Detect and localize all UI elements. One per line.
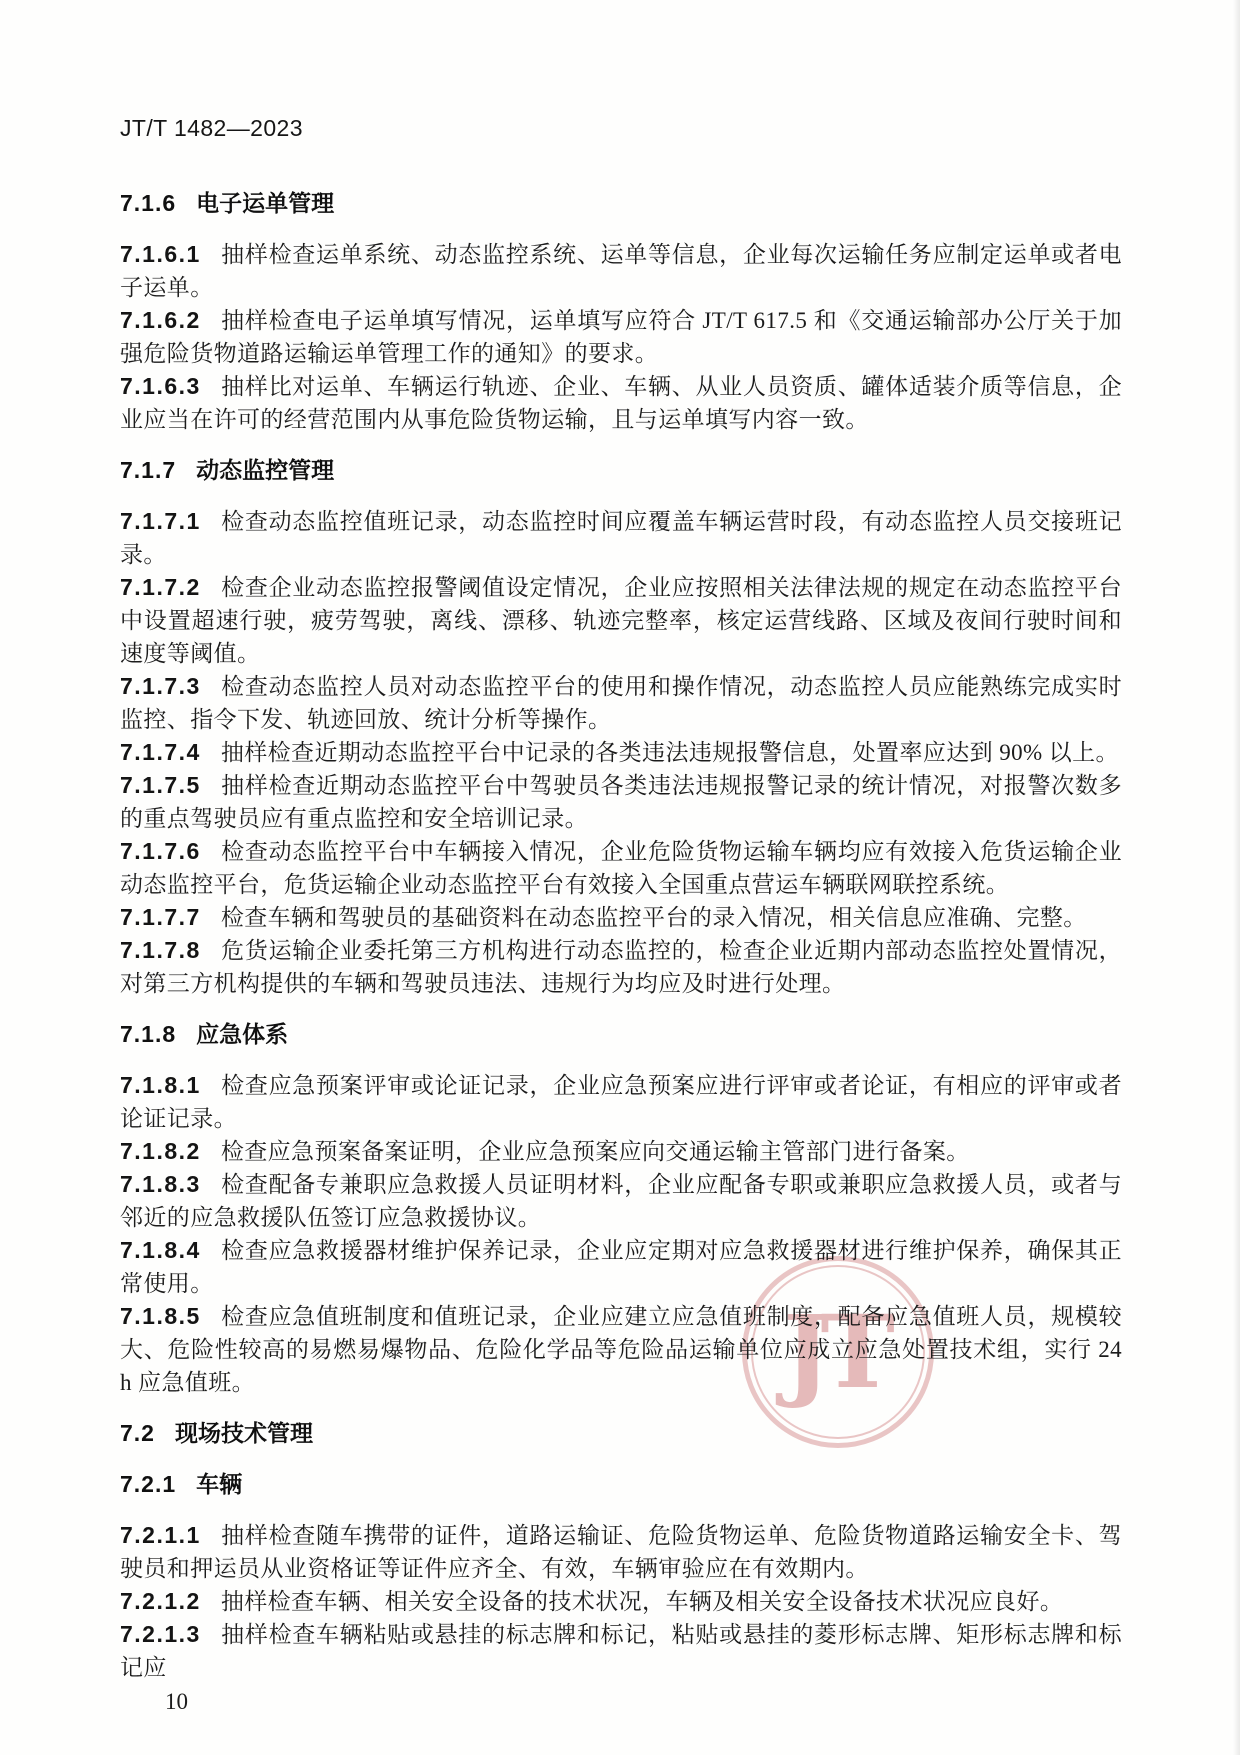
clause-number: 7.2.1.3 — [120, 1621, 201, 1647]
clause-number: 7.1.8.4 — [120, 1237, 201, 1263]
clause-7.1.8.1: 7.1.8.1检查应急预案评审或论证记录，企业应急预案应进行评审或者论证，有相应… — [120, 1069, 1122, 1135]
clause-number: 7.2.1.1 — [120, 1522, 201, 1548]
clause-text: 检查动态监控人员对动态监控平台的使用和操作情况，动态监控人员应能熟练完成实时监控… — [120, 674, 1122, 732]
clause-7.2.1.2: 7.2.1.2抽样检查车辆、相关安全设备的技术状况，车辆及相关安全设备技术状况应… — [120, 1585, 1122, 1618]
section-title: 电子运单管理 — [196, 190, 334, 216]
section-number: 7.1.6 — [120, 190, 176, 216]
clause-number: 7.1.7.2 — [120, 574, 201, 600]
clause-7.1.7.5: 7.1.7.5抽样检查近期动态监控平台中驾驶员各类违法违规报警记录的统计情况，对… — [120, 769, 1122, 835]
clause-text: 抽样检查随车携带的证件，道路运输证、危险货物运单、危险货物道路运输安全卡、驾驶员… — [120, 1523, 1122, 1581]
clause-7.1.8.3: 7.1.8.3检查配备专兼职应急救援人员证明材料，企业应配备专职或兼职应急救援人… — [120, 1168, 1122, 1234]
clause-text: 检查应急救援器材维护保养记录，企业应定期对应急救援器材进行维护保养，确保其正常使… — [120, 1238, 1122, 1296]
clause-text: 抽样检查电子运单填写情况，运单填写应符合 JT/T 617.5 和《交通运输部办… — [120, 308, 1122, 366]
clause-7.1.6.2: 7.1.6.2抽样检查电子运单填写情况，运单填写应符合 JT/T 617.5 和… — [120, 304, 1122, 370]
section-number: 7.2 — [120, 1420, 155, 1446]
clause-number: 7.1.6.1 — [120, 241, 201, 267]
section-heading-7.2.1: 7.2.1车辆 — [120, 1468, 1122, 1501]
clause-number: 7.1.7.6 — [120, 838, 201, 864]
clause-number: 7.1.7.8 — [120, 937, 201, 963]
section-heading-7.1.8: 7.1.8应急体系 — [120, 1018, 1122, 1051]
page-content: JT/T 1482—2023 7.1.6电子运单管理7.1.6.1抽样检查运单系… — [0, 0, 1240, 1718]
section-title: 车辆 — [196, 1471, 242, 1497]
section-title: 现场技术管理 — [175, 1420, 313, 1446]
clause-7.1.7.4: 7.1.7.4抽样检查近期动态监控平台中记录的各类违法违规报警信息，处置率应达到… — [120, 736, 1122, 769]
clause-7.2.1.1: 7.2.1.1抽样检查随车携带的证件，道路运输证、危险货物运单、危险货物道路运输… — [120, 1519, 1122, 1585]
clause-text: 检查动态监控平台中车辆接入情况，企业危险货物运输车辆均应有效接入危货运输企业动态… — [120, 839, 1122, 897]
clause-text: 危货运输企业委托第三方机构进行动态监控的，检查企业近期内部动态监控处置情况，对第… — [120, 938, 1122, 996]
clause-7.1.8.2: 7.1.8.2检查应急预案备案证明，企业应急预案应向交通运输主管部门进行备案。 — [120, 1135, 1122, 1168]
section-number: 7.1.7 — [120, 457, 176, 483]
clause-text: 抽样检查运单系统、动态监控系统、运单等信息，企业每次运输任务应制定运单或者电子运… — [120, 242, 1122, 300]
clause-number: 7.1.8.2 — [120, 1138, 201, 1164]
section-title: 动态监控管理 — [196, 457, 334, 483]
clause-number: 7.1.7.5 — [120, 772, 201, 798]
clause-text: 检查应急预案备案证明，企业应急预案应向交通运输主管部门进行备案。 — [221, 1139, 970, 1164]
clause-text: 检查动态监控值班记录，动态监控时间应覆盖车辆运营时段，有动态监控人员交接班记录。 — [120, 509, 1122, 567]
clause-number: 7.1.6.2 — [120, 307, 201, 333]
clause-number: 7.1.7.7 — [120, 904, 201, 930]
clause-text: 检查车辆和驾驶员的基础资料在动态监控平台的录入情况，相关信息应准确、完整。 — [221, 905, 1087, 930]
clause-text: 抽样检查近期动态监控平台中记录的各类违法违规报警信息，处置率应达到 90% 以上… — [221, 740, 1119, 765]
clause-7.1.6.3: 7.1.6.3抽样比对运单、车辆运行轨迹、企业、车辆、从业人员资质、罐体适装介质… — [120, 370, 1122, 436]
section-number: 7.1.8 — [120, 1021, 176, 1047]
clause-7.1.7.7: 7.1.7.7检查车辆和驾驶员的基础资料在动态监控平台的录入情况，相关信息应准确… — [120, 901, 1122, 934]
clause-text: 抽样比对运单、车辆运行轨迹、企业、车辆、从业人员资质、罐体适装介质等信息，企业应… — [120, 374, 1122, 432]
section-number: 7.2.1 — [120, 1471, 176, 1497]
clause-number: 7.1.8.5 — [120, 1303, 201, 1329]
clause-number: 7.1.8.3 — [120, 1171, 201, 1197]
clause-text: 抽样检查车辆粘贴或悬挂的标志牌和标记，粘贴或悬挂的菱形标志牌、矩形标志牌和标记应 — [120, 1622, 1122, 1680]
scan-edge-shadow — [1233, 0, 1240, 1755]
section-heading-7.2: 7.2现场技术管理 — [120, 1417, 1122, 1450]
clause-text: 抽样检查车辆、相关安全设备的技术状况，车辆及相关安全设备技术状况应良好。 — [221, 1589, 1063, 1614]
clause-7.1.7.1: 7.1.7.1检查动态监控值班记录，动态监控时间应覆盖车辆运营时段，有动态监控人… — [120, 505, 1122, 571]
clause-number: 7.1.7.1 — [120, 508, 201, 534]
section-heading-7.1.7: 7.1.7动态监控管理 — [120, 454, 1122, 487]
clause-text: 抽样检查近期动态监控平台中驾驶员各类违法违规报警记录的统计情况，对报警次数多的重… — [120, 773, 1122, 831]
clause-7.1.7.8: 7.1.7.8危货运输企业委托第三方机构进行动态监控的，检查企业近期内部动态监控… — [120, 934, 1122, 1000]
clause-7.1.7.2: 7.1.7.2检查企业动态监控报警阈值设定情况，企业应按照相关法律法规的规定在动… — [120, 571, 1122, 670]
page-number: 10 — [165, 1685, 1122, 1718]
clause-text: 检查应急值班制度和值班记录，企业应建立应急值班制度，配备应急值班人员，规模较大、… — [120, 1304, 1122, 1395]
document-body: 7.1.6电子运单管理7.1.6.1抽样检查运单系统、动态监控系统、运单等信息，… — [120, 187, 1122, 1684]
clause-text: 检查配备专兼职应急救援人员证明材料，企业应配备专职或兼职应急救援人员，或者与邻近… — [120, 1172, 1122, 1230]
clause-7.2.1.3: 7.2.1.3抽样检查车辆粘贴或悬挂的标志牌和标记，粘贴或悬挂的菱形标志牌、矩形… — [120, 1618, 1122, 1684]
clause-7.1.7.6: 7.1.7.6检查动态监控平台中车辆接入情况，企业危险货物运输车辆均应有效接入危… — [120, 835, 1122, 901]
clause-text: 检查企业动态监控报警阈值设定情况，企业应按照相关法律法规的规定在动态监控平台中设… — [120, 575, 1122, 666]
clause-7.1.7.3: 7.1.7.3检查动态监控人员对动态监控平台的使用和操作情况，动态监控人员应能熟… — [120, 670, 1122, 736]
clause-7.1.8.5: 7.1.8.5检查应急值班制度和值班记录，企业应建立应急值班制度，配备应急值班人… — [120, 1300, 1122, 1399]
section-title: 应急体系 — [196, 1021, 288, 1047]
clause-number: 7.2.1.2 — [120, 1588, 201, 1614]
clause-number: 7.1.6.3 — [120, 373, 201, 399]
standard-code-header: JT/T 1482—2023 — [120, 112, 1122, 145]
clause-text: 检查应急预案评审或论证记录，企业应急预案应进行评审或者论证，有相应的评审或者论证… — [120, 1073, 1122, 1131]
clause-number: 7.1.7.3 — [120, 673, 201, 699]
clause-7.1.8.4: 7.1.8.4检查应急救援器材维护保养记录，企业应定期对应急救援器材进行维护保养… — [120, 1234, 1122, 1300]
clause-7.1.6.1: 7.1.6.1抽样检查运单系统、动态监控系统、运单等信息，企业每次运输任务应制定… — [120, 238, 1122, 304]
clause-number: 7.1.8.1 — [120, 1072, 201, 1098]
section-heading-7.1.6: 7.1.6电子运单管理 — [120, 187, 1122, 220]
clause-number: 7.1.7.4 — [120, 739, 201, 765]
document-page: JT JT/T 1482—2023 7.1.6电子运单管理7.1.6.1抽样检查… — [0, 0, 1240, 1755]
